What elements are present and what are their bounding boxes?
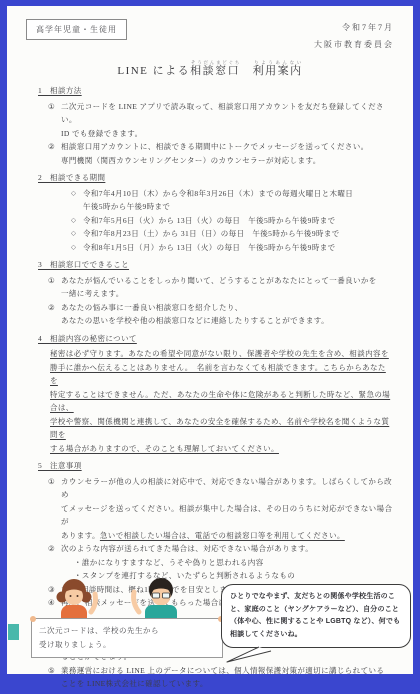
text-line: カウンセラーが他の人の相談に対応中で、対応できない場合があります。しばらくしてか…: [61, 475, 394, 502]
circled-number-marker: ②: [48, 140, 61, 154]
audience-tag-box: 高学年児童・生徒用: [26, 19, 127, 40]
text-line: する場合がありますので、そのことも理解しておいてください。: [50, 442, 392, 456]
section-4-himitsu: 4 相談内容の秘密について 秘密は必ず守ります。あなたの希望や同意がない限り、保…: [26, 332, 394, 456]
section-heading: 4 相談内容の秘密について: [38, 332, 394, 346]
document-sheet: 高学年児童・生徒用 令和7年7月 大阪市教育委員会 LINE による相談窓口そう…: [7, 6, 413, 674]
text-line: 学校や警察、関係機関と連携して、あなたの安全を確保するため、名前や学校名を聞くよ…: [50, 415, 392, 442]
text-line: ・誰かになりすますなど、うそや偽りと思われる内容: [74, 556, 394, 570]
section-2-soudan-kikan: 2 相談できる期間 ◇ 令和7年4月10日（木）から令和8年3月26日（木）まで…: [26, 171, 394, 254]
text-line: ID でも登録できます。: [61, 127, 394, 141]
footer-illustration-area: 二次元コードは、学校の先生から 受け取りましょう。 ひとりでなやまず、友だちとの…: [7, 580, 413, 672]
decorative-square: [8, 624, 19, 640]
list-item: ① あなたが悩んでいることをしっかり聞いて、どうすることがあなたにとって一番良い…: [48, 274, 394, 288]
title-segment: LINE による: [117, 65, 190, 77]
text-line: あります。急いで相談したい場合は、電話での相談窓口等を利用してください。: [61, 529, 394, 543]
text-line: あなたが悩んでいることをしっかり聞いて、どうすることがあなたにとって一番良いかを: [61, 274, 377, 288]
text-line: 相談窓口用アカウントに、相談できる期間中にトークでメッセージを送ってください。: [61, 140, 369, 154]
sign-text-line: 受け取りましょう。: [39, 638, 215, 652]
list-item: ② 相談窓口用アカウントに、相談できる期間中にトークでメッセージを送ってください…: [48, 140, 394, 154]
schedule-item: ◇ 令和7年5月6日（火）から 13日（火）の毎日 午後5時から午後9時まで: [71, 214, 394, 228]
text-line: 秘密は必ず守ります。あなたの希望や同意がない限り、保護者や学校の先生を含め、相談…: [50, 347, 392, 361]
section-heading: 3 相談窓口でできること: [38, 258, 394, 272]
diamond-marker: ◇: [71, 187, 83, 201]
speech-bubble: ひとりでなやまず、友だちとの関係や学校生活のこと、家庭のこと（ヤングケアラーなど…: [221, 584, 411, 648]
text-line: 令和8年1月5日（月）から 13日（火）の毎日 午後5時から午後9時まで: [83, 241, 336, 255]
section-heading: 5 注意事項: [38, 459, 394, 473]
document-date: 令和7年7月: [314, 19, 394, 36]
underlined-text-segment: 急いで相談したい場合は、電話での相談窓口等を利用してください。: [100, 531, 345, 540]
text-line: 二次元コードを LINE アプリで読み取って、相談窓口用アカウントを友だち登録し…: [61, 100, 394, 127]
diamond-marker: ◇: [71, 214, 83, 228]
text-line: 午後5時から午後9時まで: [83, 200, 394, 214]
title-ruby-soudan: 相談窓口そうだんまどぐち: [190, 65, 240, 77]
speech-bubble-tail: [225, 646, 273, 664]
schedule-item: ◇ 令和7年4月10日（木）から令和8年3月26日（木）までの毎週火曜日と木曜日: [71, 187, 394, 201]
text-line: 次のような内容が送られてきた場合は、対応できない場合があります。: [61, 542, 313, 556]
section-heading: 1 相談方法: [38, 84, 394, 98]
list-item: ① 二次元コードを LINE アプリで読み取って、相談窓口用アカウントを友だち登…: [48, 100, 394, 127]
secrecy-paragraph: 秘密は必ず守ります。あなたの希望や同意がない限り、保護者や学校の先生を含め、相談…: [50, 347, 392, 455]
title-ruby-riyou: 利用案内りようあんない: [253, 65, 303, 77]
text-line: 特定することはできません。ただ、あなたの生命や体に危険があると判断した時など、緊…: [50, 388, 392, 415]
text-line: 一緒に考えます。: [61, 287, 394, 301]
document-organization: 大阪市教育委員会: [314, 36, 394, 53]
circled-number-marker: ①: [48, 475, 61, 502]
text-line: 令和7年8月23日（土）から 31日（日）の毎日 午後5時から午後9時まで: [83, 227, 340, 241]
text-line: てメッセージを送ってください。相談が集中した場合は、その日のうちに対応ができない…: [61, 502, 394, 529]
section-heading: 2 相談できる期間: [38, 171, 394, 185]
text-segment: あります。: [61, 531, 100, 540]
text-line: ことを LINE株式会社に確認しています。: [61, 677, 394, 691]
circled-number-marker: ①: [48, 274, 61, 288]
text-line: 専門機関（関西カウンセリングセンター）のカウンセラーが対応します。: [61, 154, 394, 168]
list-item: ② あなたの悩み事に一番良い相談窓口を紹介したり、: [48, 301, 394, 315]
sign-text-line: 二次元コードは、学校の先生から: [39, 624, 215, 638]
text-line: あなたの悩み事に一番良い相談窓口を紹介したり、: [61, 301, 243, 315]
list-item: ② 次のような内容が送られてきた場合は、対応できない場合があります。: [48, 542, 394, 556]
schedule-item: ◇ 令和7年8月23日（土）から 31日（日）の毎日 午後5時から午後9時まで: [71, 227, 394, 241]
circled-number-marker: ①: [48, 100, 61, 127]
header-meta: 令和7年7月 大阪市教育委員会: [314, 19, 394, 53]
list-item: ① カウンセラーが他の人の相談に対応中で、対応できない場合があります。しばらくし…: [48, 475, 394, 502]
qr-code-sign: 二次元コードは、学校の先生から 受け取りましょう。: [31, 618, 223, 658]
diamond-marker: ◇: [71, 227, 83, 241]
circled-number-marker: ②: [48, 301, 61, 315]
document-title: LINE による相談窓口そうだんまどぐち 利用案内りようあんない: [26, 60, 394, 78]
text-line: 令和7年4月10日（木）から令和8年3月26日（木）までの毎週火曜日と木曜日: [83, 187, 353, 201]
document-header: 高学年児童・生徒用 令和7年7月 大阪市教育委員会: [26, 19, 394, 53]
glasses-icon: [153, 593, 160, 598]
text-line: 勝手に誰かへ伝えることはありません。 名前を言わなくても相談できます。こちらから…: [50, 361, 392, 388]
text-line: 令和7年5月6日（火）から 13日（火）の毎日 午後5時から午後9時まで: [83, 214, 336, 228]
schedule-item: ◇ 令和8年1月5日（月）から 13日（火）の毎日 午後5時から午後9時まで: [71, 241, 394, 255]
screenshot-root: { "page": { "frame_color": "#3a46cf", "a…: [0, 0, 420, 694]
diamond-marker: ◇: [71, 241, 83, 255]
title-spacer: [240, 65, 253, 77]
text-line: あなたの思いを学校や他の相談窓口などに連絡したりすることができます。: [61, 314, 394, 328]
circled-number-marker: ②: [48, 542, 61, 556]
section-3-dekiru-koto: 3 相談窓口でできること ① あなたが悩んでいることをしっかり聞いて、どうするこ…: [26, 258, 394, 328]
section-1-soudan-houhou: 1 相談方法 ① 二次元コードを LINE アプリで読み取って、相談窓口用アカウ…: [26, 84, 394, 167]
